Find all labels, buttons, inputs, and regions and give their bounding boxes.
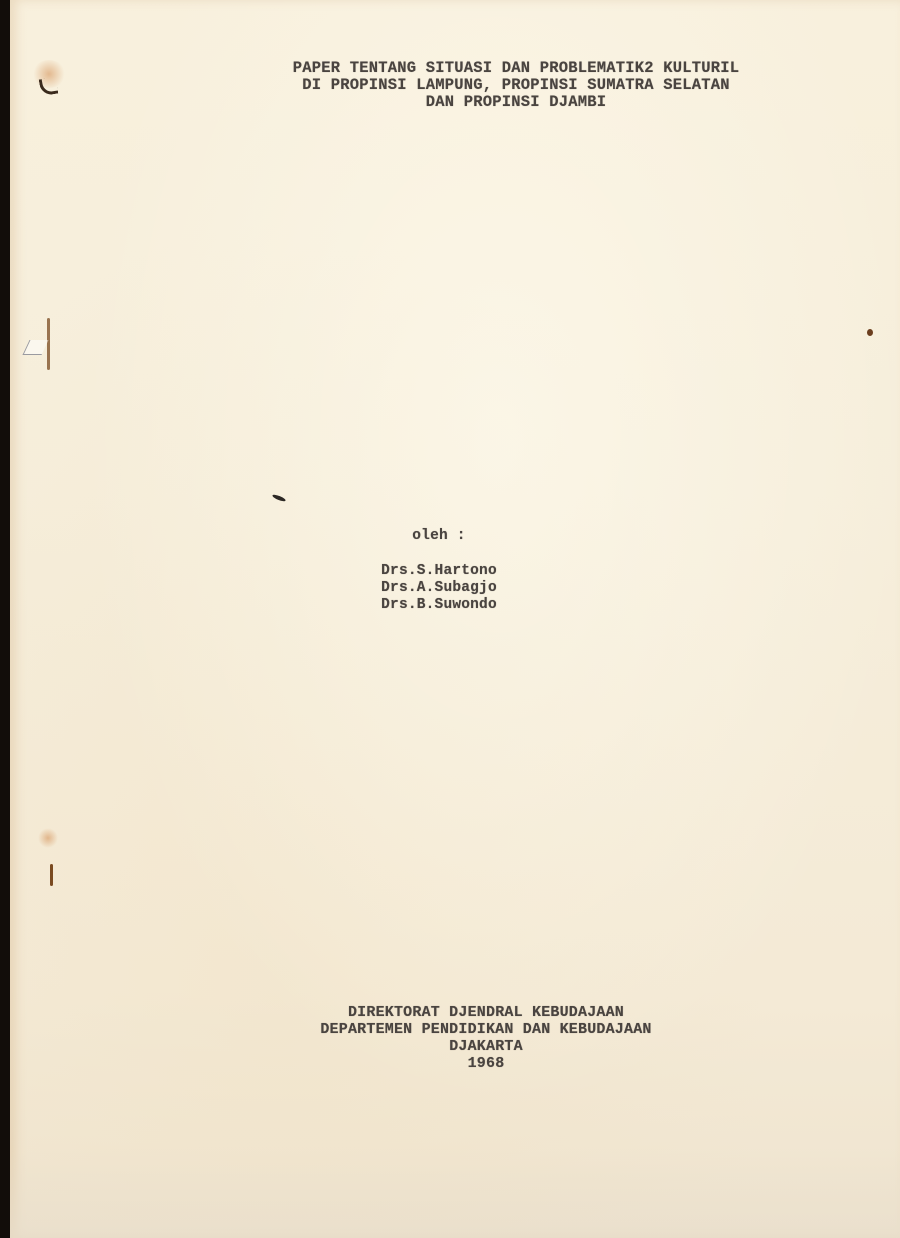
author-block: oleh : Drs.S.Hartono Drs.A.Subagjo Drs.B… [0,528,884,614]
title-line: PAPER TENTANG SITUASI DAN PROBLEMATIK2 K… [86,60,900,77]
staple-remnant [39,77,59,97]
byline-label: oleh : [0,528,884,545]
scan-border [0,0,10,1238]
author-name: Drs.S.Hartono [0,563,884,580]
publication-year: 1968 [46,1055,900,1072]
author-name: Drs.B.Suwondo [0,597,884,614]
publisher-block: DIREKTORAT DJENDRAL KEBUDAJAAN DEPARTEME… [46,1004,900,1072]
staple-hole [47,318,50,370]
publisher-city: DJAKARTA [46,1038,900,1055]
title-line: DI PROPINSI LAMPUNG, PROPINSI SUMATRA SE… [86,77,900,94]
paper-tear [23,340,49,355]
title-line: DAN PROPINSI DJAMBI [86,94,900,111]
publisher-line: DEPARTEMEN PENDIDIKAN DAN KEBUDAJAAN [46,1021,900,1038]
document-page: PAPER TENTANG SITUASI DAN PROBLEMATIK2 K… [10,0,900,1238]
staple-hole [50,864,53,886]
publisher-line: DIREKTORAT DJENDRAL KEBUDAJAAN [46,1004,900,1021]
rust-stain [38,828,58,848]
ink-spot [867,329,873,336]
author-name: Drs.A.Subagjo [0,580,884,597]
pen-mark [272,494,286,503]
document-title: PAPER TENTANG SITUASI DAN PROBLEMATIK2 K… [86,60,900,111]
